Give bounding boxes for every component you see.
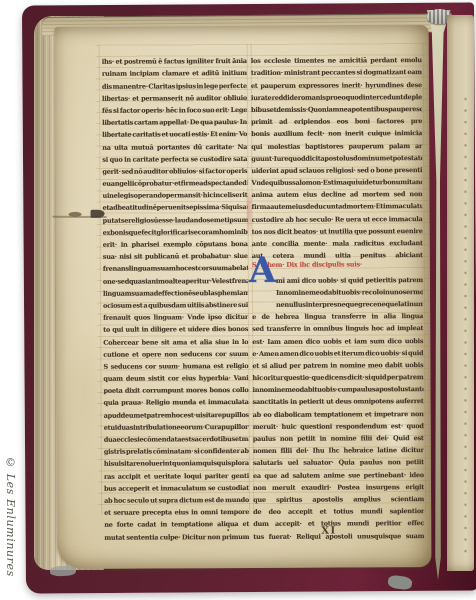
manuscript-word: aditū bbox=[201, 69, 219, 77]
manuscript-word: non bbox=[164, 350, 177, 358]
manuscript-word: forte bbox=[117, 521, 133, 529]
manuscript-word: pauperum bbox=[260, 81, 295, 89]
manuscript-word: fruit bbox=[215, 57, 230, 65]
manuscript-word: munda bbox=[172, 399, 196, 407]
manuscript-word: romanis bbox=[298, 93, 326, 101]
manuscript-word: deus bbox=[335, 398, 351, 406]
manuscript-word: custodire bbox=[199, 155, 231, 163]
manuscript-word: suum· bbox=[159, 362, 180, 370]
manuscript-word: ānia bbox=[232, 57, 247, 65]
manuscript-word: aliud bbox=[270, 362, 287, 370]
manuscript-word: interpres bbox=[306, 300, 337, 308]
manuscript-word: dies bbox=[212, 325, 226, 333]
manuscript-word: lingua bbox=[401, 312, 423, 320]
manuscript-line: uinelegisoperandopermansit·hicinceliseri… bbox=[102, 188, 247, 201]
manuscript-line: hicoriturquestio·quedicensdicit·siquidpe… bbox=[252, 370, 423, 383]
manuscript-word: hoc bbox=[114, 497, 126, 505]
manuscript-word: autem bbox=[277, 191, 299, 199]
manuscript-word: sed bbox=[117, 277, 129, 285]
manuscript-word: Ihc bbox=[328, 447, 339, 455]
manuscript-word: sit bbox=[161, 338, 169, 346]
manuscript-word: siue bbox=[234, 252, 248, 260]
manuscript-word: cutione bbox=[103, 350, 129, 358]
manuscript-word: inimicia bbox=[394, 129, 422, 137]
manuscript-word: confidenter bbox=[200, 447, 240, 455]
illuminated-initial: A bbox=[249, 254, 275, 290]
manuscript-word: gerit· bbox=[102, 168, 120, 176]
manuscript-word: ipsius bbox=[176, 82, 196, 90]
manuscript-word: ab bbox=[240, 447, 248, 455]
manuscript-line: poetadixitcorrumpuntmoresbonoscollo bbox=[103, 383, 248, 396]
manuscript-word: coram bbox=[198, 228, 220, 236]
manuscript-word: dicens bbox=[325, 374, 347, 382]
manuscript-word: putat bbox=[103, 216, 121, 224]
manuscript-word: dico bbox=[306, 337, 320, 345]
manuscript-line: frenanslinguamsuamhocestcorsuumabelat bbox=[103, 261, 248, 274]
manuscript-line: primitaderipiendoseosbonifactorespre bbox=[251, 114, 422, 127]
manuscript-word: in bbox=[232, 338, 239, 346]
manuscript-word: Cura bbox=[205, 423, 222, 431]
manuscript-word: cum bbox=[338, 386, 353, 394]
manuscript-line: siquoincaritateperfectasecustodiresata bbox=[102, 151, 247, 164]
manuscript-word: ab bbox=[285, 215, 293, 223]
manuscript-word: in bbox=[290, 398, 297, 406]
manuscript-word: bona bbox=[231, 240, 248, 248]
manuscript-word: eius bbox=[292, 203, 306, 211]
manuscript-word: frenauit bbox=[103, 314, 131, 322]
manuscript-word: ad bbox=[281, 471, 289, 479]
manuscript-word: auferret bbox=[396, 397, 424, 405]
manuscript-word: quia bbox=[104, 399, 119, 407]
manuscript-word: quoniam bbox=[172, 460, 202, 468]
manuscript-line: iuratereddideromanisproeoquodintercedunt… bbox=[251, 90, 422, 103]
manuscript-line: exbonisquefecitglorificarisecoramhominib… bbox=[103, 225, 248, 238]
manuscript-word: et bbox=[116, 58, 123, 66]
manuscript-word: alia bbox=[384, 312, 396, 320]
manuscript-word: sed bbox=[394, 190, 406, 198]
manuscript-word: dese bbox=[406, 81, 422, 89]
manuscript-word: eos bbox=[337, 118, 348, 126]
manuscript-line: Sseducenscorsuum·humanaestreligio bbox=[103, 359, 248, 372]
manuscript-word: et bbox=[251, 81, 258, 89]
manuscript-word: alte bbox=[169, 277, 182, 285]
manuscript-word: Claritas bbox=[148, 82, 175, 90]
manuscript-word: mundi bbox=[360, 507, 382, 515]
manuscript-word: linguam bbox=[103, 289, 131, 297]
manuscript-word: fuerat· bbox=[269, 532, 292, 540]
manuscript-line: gerit·sednōauditorobliuios·sifactoroperi… bbox=[102, 164, 247, 177]
manuscript-line: one·sedquasianimoalteaperitur·Velestfren… bbox=[103, 273, 248, 286]
manuscript-word: si bbox=[356, 69, 362, 77]
manuscript-line: sedtransferreinomnibuslinguishocadimplea… bbox=[252, 321, 423, 334]
manuscript-word: cor bbox=[215, 350, 226, 358]
manuscript-word: libertate bbox=[102, 131, 131, 139]
manuscript-word: precepta bbox=[142, 509, 172, 517]
manuscript-word: et bbox=[161, 131, 168, 139]
manuscript-line: ociosumestaquibusdamuitiisabstineresui bbox=[103, 298, 248, 311]
manuscript-word: scientiam bbox=[391, 495, 424, 503]
manuscript-word: recolo bbox=[362, 288, 383, 296]
manuscript-word: hic bbox=[203, 191, 213, 199]
manuscript-line: nonmeruitexaudiri·Posteainsurgenserigit bbox=[253, 480, 424, 493]
manuscript-word: ne bbox=[104, 521, 112, 529]
manuscript-word: cuique bbox=[368, 130, 391, 138]
manuscript-word: sanctitatis bbox=[253, 398, 289, 406]
manuscript-word: dicit· bbox=[347, 373, 364, 381]
manuscript-word: opere bbox=[142, 350, 161, 358]
manuscript-word: questioni bbox=[300, 422, 332, 430]
manuscript-word: grece bbox=[358, 300, 377, 308]
manuscript-word: ut bbox=[363, 215, 370, 223]
manuscript-word: aut bbox=[242, 203, 247, 211]
manuscript-word: meruit· bbox=[253, 423, 278, 431]
manuscript-line: quespiritusapostolisampliusscientiam bbox=[253, 492, 424, 505]
manuscript-line: ruinamincipiamclamareetaditūinitium bbox=[102, 66, 247, 79]
manuscript-word: mundi bbox=[347, 520, 369, 528]
manuscript-word: et bbox=[132, 94, 139, 102]
manuscript-word: ad bbox=[150, 289, 158, 297]
manuscript-word: in bbox=[196, 82, 203, 90]
manuscript-word: quod bbox=[407, 422, 424, 430]
manuscript-word: hēc bbox=[166, 106, 178, 114]
manuscript-word: portantes bbox=[157, 143, 190, 151]
manuscript-word: bene bbox=[142, 338, 159, 346]
manuscript-word: est bbox=[213, 362, 223, 370]
manuscript-word: meo bbox=[368, 361, 383, 369]
manuscript-word: si bbox=[365, 373, 371, 381]
manuscript-word: uobis· bbox=[318, 276, 339, 284]
manuscript-word: igniliter bbox=[186, 57, 214, 65]
manuscript-word: genti bbox=[231, 472, 249, 480]
manuscript-word: sed bbox=[252, 325, 264, 333]
manuscript-word: guunt· bbox=[251, 155, 274, 163]
manuscript-word: dicitur bbox=[401, 446, 424, 454]
manuscript-word: Vo bbox=[239, 130, 247, 138]
manuscript-word: bone bbox=[376, 166, 393, 174]
manuscript-word: pertinebant· bbox=[364, 471, 406, 479]
manuscript-word: dico bbox=[387, 337, 401, 345]
manuscript-word: hoc bbox=[295, 215, 307, 223]
manuscript-word: quis bbox=[228, 203, 242, 211]
manuscript-word: pauperum bbox=[348, 142, 383, 150]
manuscript-line: dumaccepit·ettotiusmundiperitioreffec bbox=[253, 516, 424, 529]
manuscript-word: anime bbox=[323, 471, 344, 479]
manuscript-line: losecclesietimentesneamicitiāperdantemol… bbox=[251, 53, 422, 66]
text-column-left: ihs·etpostremūēfactusigniliterfruitāniar… bbox=[102, 54, 250, 542]
manuscript-word: apud bbox=[280, 167, 297, 175]
manuscript-word: lingua bbox=[304, 313, 326, 321]
manuscript-word: uobis bbox=[314, 349, 333, 357]
manuscript-word: ras bbox=[104, 472, 115, 480]
manuscript-word: intercedunt bbox=[363, 93, 403, 101]
manuscript-word: tradition· bbox=[251, 69, 283, 77]
manuscript-word: hyrundines bbox=[365, 81, 403, 89]
manuscript-word: quid bbox=[408, 349, 423, 357]
manuscript-line: cutioneetoperenonseducenscorsuum bbox=[103, 346, 248, 359]
manuscript-word: seruare bbox=[113, 509, 139, 517]
manuscript-word: hoc bbox=[171, 411, 183, 419]
manuscript-word: deducunt bbox=[306, 203, 338, 211]
manuscript-word: pariter bbox=[205, 472, 229, 480]
parchment-blemish bbox=[69, 212, 82, 217]
manuscript-word: Na bbox=[237, 142, 247, 150]
manuscript-word: pupillorum bbox=[221, 423, 249, 431]
manuscript-word: auxilium bbox=[273, 130, 303, 138]
manuscript-word: apostolis bbox=[312, 495, 342, 503]
manuscript-word: quod bbox=[346, 93, 363, 101]
manuscript-word: eo bbox=[338, 93, 346, 101]
pricking-marks bbox=[461, 96, 470, 558]
manuscript-word: mortem· bbox=[346, 203, 375, 211]
manuscript-word: paulus bbox=[360, 459, 383, 467]
manuscript-line: Vndequibussalomon·Estimaquiuideturbonumi… bbox=[251, 175, 422, 188]
manuscript-word: humana bbox=[183, 362, 211, 370]
manuscript-word: loqui bbox=[184, 472, 201, 480]
manuscript-word: abiciant bbox=[395, 251, 423, 259]
manuscript-word: est bbox=[204, 496, 214, 504]
manuscript-word: spiritus bbox=[276, 496, 302, 504]
manuscript-word: nomine bbox=[331, 434, 357, 442]
manuscript-word: libertas· bbox=[102, 94, 130, 102]
manuscript-word: paulus bbox=[253, 435, 276, 443]
manuscript-word: in bbox=[124, 155, 131, 163]
manuscript-word: impleat bbox=[397, 324, 423, 332]
manuscript-line: e·Amenamendicouobisetiterumdicouobis·siq… bbox=[252, 346, 423, 359]
manuscript-word: ut bbox=[319, 227, 326, 235]
manuscript-word: possunt bbox=[368, 227, 395, 235]
manuscript-word: filii bbox=[280, 447, 291, 455]
manuscript-word: mutuā bbox=[131, 143, 153, 151]
manuscript-line: sanctitatisinpetieritutdeusomnipotensauf… bbox=[253, 394, 424, 407]
manuscript-word: non bbox=[253, 484, 266, 492]
manuscript-word: respondendum bbox=[336, 422, 387, 430]
manuscript-word: et bbox=[334, 349, 341, 357]
manuscript-word: quod bbox=[288, 154, 305, 162]
manuscript-word: ar bbox=[415, 142, 422, 150]
manuscript-word: sata bbox=[233, 155, 247, 163]
manuscript-word: bonum bbox=[383, 178, 407, 186]
manuscript-line: etadbeatitudinēperuenitsepissima·Siquisa… bbox=[102, 200, 247, 213]
manuscript-word: In bbox=[276, 289, 283, 297]
manuscript-word: sacerdotibus bbox=[191, 435, 235, 443]
manuscript-word: frenans bbox=[103, 265, 129, 273]
manuscript-word: et bbox=[242, 520, 249, 528]
manuscript-line: eaqueadsalutemanimesuepertinebant·ideo bbox=[253, 467, 424, 480]
manuscript-word: o bbox=[370, 166, 374, 174]
manuscript-word: ama bbox=[172, 338, 187, 346]
manuscript-word: ociosum bbox=[103, 302, 132, 310]
manuscript-word: se bbox=[190, 155, 197, 163]
manuscript-word: uidetur bbox=[358, 178, 383, 186]
manuscript-word: celis bbox=[220, 191, 235, 199]
manuscript-word: amen bbox=[284, 337, 303, 345]
manuscript-word: palam bbox=[389, 142, 410, 150]
manuscript-line: erit·inphariseiexemplocōputansbona bbox=[103, 237, 248, 250]
manuscript-word: erit bbox=[235, 191, 247, 199]
manuscript-word: ante bbox=[252, 240, 267, 248]
manuscript-word: pupillos bbox=[222, 411, 249, 419]
manuscript-word: suum bbox=[229, 350, 248, 358]
manuscript-word: que bbox=[129, 228, 142, 236]
manuscript-word: acceperit bbox=[118, 484, 150, 492]
manuscript-word: est bbox=[222, 277, 232, 285]
manuscript-word: cor bbox=[145, 362, 156, 370]
manuscript-word: publicanū bbox=[145, 253, 179, 261]
manuscript-word: iam bbox=[354, 337, 367, 345]
manuscript-word: uobis bbox=[405, 361, 424, 369]
manuscript-word: sit bbox=[134, 253, 142, 261]
manuscript-word: factus bbox=[164, 57, 185, 65]
manuscript-word: ad bbox=[279, 118, 287, 126]
manuscript-word: mortem bbox=[362, 190, 389, 198]
manuscript-word: dabit bbox=[324, 288, 342, 296]
manuscript-word: uita bbox=[114, 143, 127, 151]
manuscript-word: est bbox=[181, 435, 191, 443]
manuscript-word: dominum bbox=[353, 154, 386, 162]
manuscript-word: ne bbox=[276, 301, 284, 309]
manuscript-word: erigit bbox=[405, 483, 424, 491]
manuscript-word: non bbox=[328, 130, 341, 138]
manuscript-word: cōminatam· bbox=[153, 447, 193, 455]
manuscript-word: linguis bbox=[345, 325, 368, 333]
manuscript-word: amī bbox=[287, 276, 300, 284]
manuscript-word: paulus· bbox=[214, 118, 239, 126]
manuscript-word: auditor bbox=[143, 167, 168, 175]
manuscript-word: concilia bbox=[272, 240, 299, 248]
manuscript-word: excludant bbox=[389, 239, 422, 247]
manuscript-word: caritate· bbox=[206, 143, 234, 151]
manuscript-word: emolu bbox=[400, 56, 421, 64]
manuscript-line: duaecclesiecōmendataestsacerdotibusetma bbox=[104, 432, 249, 445]
manuscript-word: his bbox=[104, 460, 114, 468]
manuscript-word: libertatis bbox=[102, 119, 133, 127]
manuscript-word: frenare bbox=[232, 276, 248, 284]
manuscript-word: non bbox=[410, 410, 423, 418]
manuscript-line: animaautemeiusdeclineadmortemsednon bbox=[251, 187, 422, 200]
manuscript-word: bibus bbox=[251, 106, 270, 114]
manuscript-word: ea bbox=[253, 471, 261, 479]
manuscript-word: neque bbox=[377, 300, 398, 308]
manuscript-line: meruit·huicquestionirespondendumest·quod bbox=[253, 419, 424, 432]
manuscript-line: Innominemeodabituobis·recoloinunosermo bbox=[252, 285, 423, 298]
manuscript-line: anteconciliamente·malaradicitusexcludant bbox=[252, 236, 423, 249]
manuscript-word: firma bbox=[252, 203, 271, 211]
manuscript-word: seu bbox=[192, 289, 204, 297]
manuscript-word: accipit bbox=[118, 472, 141, 480]
manuscript-word: meo bbox=[285, 386, 300, 394]
manuscript-word: sua· bbox=[103, 253, 117, 261]
manuscript-word: sed bbox=[121, 167, 133, 175]
manuscript-word: Vnde bbox=[187, 313, 204, 321]
manuscript-word: plora bbox=[231, 459, 249, 467]
manuscript-word: Religio bbox=[146, 399, 170, 407]
manuscript-word: temptationem bbox=[314, 410, 362, 418]
manuscript-word: apostolus bbox=[320, 154, 353, 162]
manuscript-word: saluator· bbox=[303, 459, 333, 467]
manuscript-word: ecclesie bbox=[264, 57, 291, 65]
manuscript-word: hebrea bbox=[275, 313, 299, 321]
manuscript-word: deum bbox=[121, 411, 140, 419]
manuscript-word: e· bbox=[252, 350, 258, 358]
manuscript-word: in bbox=[320, 435, 327, 443]
manuscript-word: dixit bbox=[125, 387, 140, 395]
manuscript-word: et bbox=[308, 520, 315, 528]
manuscript-word: firmead bbox=[181, 179, 208, 187]
manuscript-word: sui bbox=[238, 301, 248, 309]
manuscript-word: abstinere bbox=[205, 301, 237, 309]
manuscript-word: ple bbox=[411, 93, 421, 101]
manuscript-word: dei· bbox=[296, 447, 308, 455]
manuscript-word: Iam bbox=[267, 337, 280, 345]
manuscript-word: que bbox=[253, 496, 266, 504]
text-column-right: A losecclesietimentesneamicitiāperdantem… bbox=[251, 53, 425, 541]
manuscript-line: libertatecaritatisetuocatiestis·Etenim·V… bbox=[102, 127, 247, 140]
manuscript-word: perdant bbox=[370, 56, 397, 64]
manuscript-word: uobis· bbox=[317, 386, 338, 394]
manuscript-page: ihs·etpostremūēfactusigniliterfruitāniar… bbox=[55, 25, 432, 569]
manuscript-word: et bbox=[199, 399, 206, 407]
manuscript-word: petiit bbox=[406, 458, 424, 466]
manuscript-word: ad bbox=[109, 204, 117, 212]
manuscript-word: expressores bbox=[298, 81, 338, 89]
manuscript-word: qua bbox=[200, 118, 213, 126]
manuscript-word: per bbox=[289, 362, 300, 370]
manuscript-word: ecclesie bbox=[116, 436, 143, 444]
manuscript-word: in bbox=[121, 241, 128, 249]
manuscript-word: in bbox=[304, 325, 311, 333]
manuscript-word: Vani bbox=[233, 374, 248, 382]
manuscript-word: dicit bbox=[277, 228, 292, 236]
manuscript-word: fecit bbox=[141, 228, 156, 236]
manuscript-word: glorificari bbox=[156, 228, 190, 236]
manuscript-word: deo bbox=[268, 508, 280, 516]
manuscript-word: dū bbox=[193, 143, 202, 151]
manuscript-word: accepit· bbox=[275, 520, 302, 528]
manuscript-word: blasphemiam bbox=[204, 289, 248, 297]
manuscript-word: tus bbox=[253, 532, 264, 540]
manuscript-word: Quoniam bbox=[308, 105, 339, 113]
manuscript-line: edehebrealinguatransferreinalialingua bbox=[252, 309, 423, 322]
manuscript-word: petierit bbox=[299, 398, 324, 406]
manuscript-word: pre bbox=[411, 117, 422, 125]
manuscript-word: in bbox=[371, 312, 378, 320]
manuscript-word: factores bbox=[376, 117, 404, 125]
manuscript-word: petiit bbox=[297, 435, 315, 443]
manuscript-word: cor bbox=[198, 265, 209, 273]
manuscript-line: putatsereligiosūesse·laudandosemetipsum bbox=[103, 212, 248, 225]
manuscript-word: in bbox=[330, 361, 337, 369]
manuscript-word: meo bbox=[309, 288, 324, 296]
manuscript-word: ut bbox=[326, 398, 333, 406]
manuscript-word: mente· bbox=[303, 240, 327, 248]
manuscript-word: supra bbox=[158, 496, 177, 504]
manuscript-word: radicitus bbox=[354, 239, 384, 247]
manuscript-word: filii bbox=[361, 434, 372, 442]
manuscript-word: perfecta bbox=[161, 155, 189, 163]
manuscript-word: non bbox=[409, 190, 422, 198]
manuscript-line: salutarisuelsaluator·Quiapaulusnonpetiit bbox=[253, 455, 424, 468]
manuscript-word: reddide bbox=[272, 93, 298, 101]
manuscript-word: peruenit bbox=[157, 204, 186, 212]
manuscript-word: Reliqui bbox=[296, 532, 321, 540]
manuscript-word: et bbox=[144, 472, 151, 480]
manuscript-word: si bbox=[402, 349, 408, 357]
manuscript-word: tante bbox=[408, 385, 424, 393]
manuscript-word: ut bbox=[150, 496, 157, 504]
manuscript-line: etseruarepreceptaeiusinomnitempore bbox=[104, 505, 249, 518]
manuscript-word: aperitur· bbox=[182, 277, 212, 285]
manuscript-line: est·Iamamendicouobisetiamsumdicouobis bbox=[252, 333, 423, 346]
